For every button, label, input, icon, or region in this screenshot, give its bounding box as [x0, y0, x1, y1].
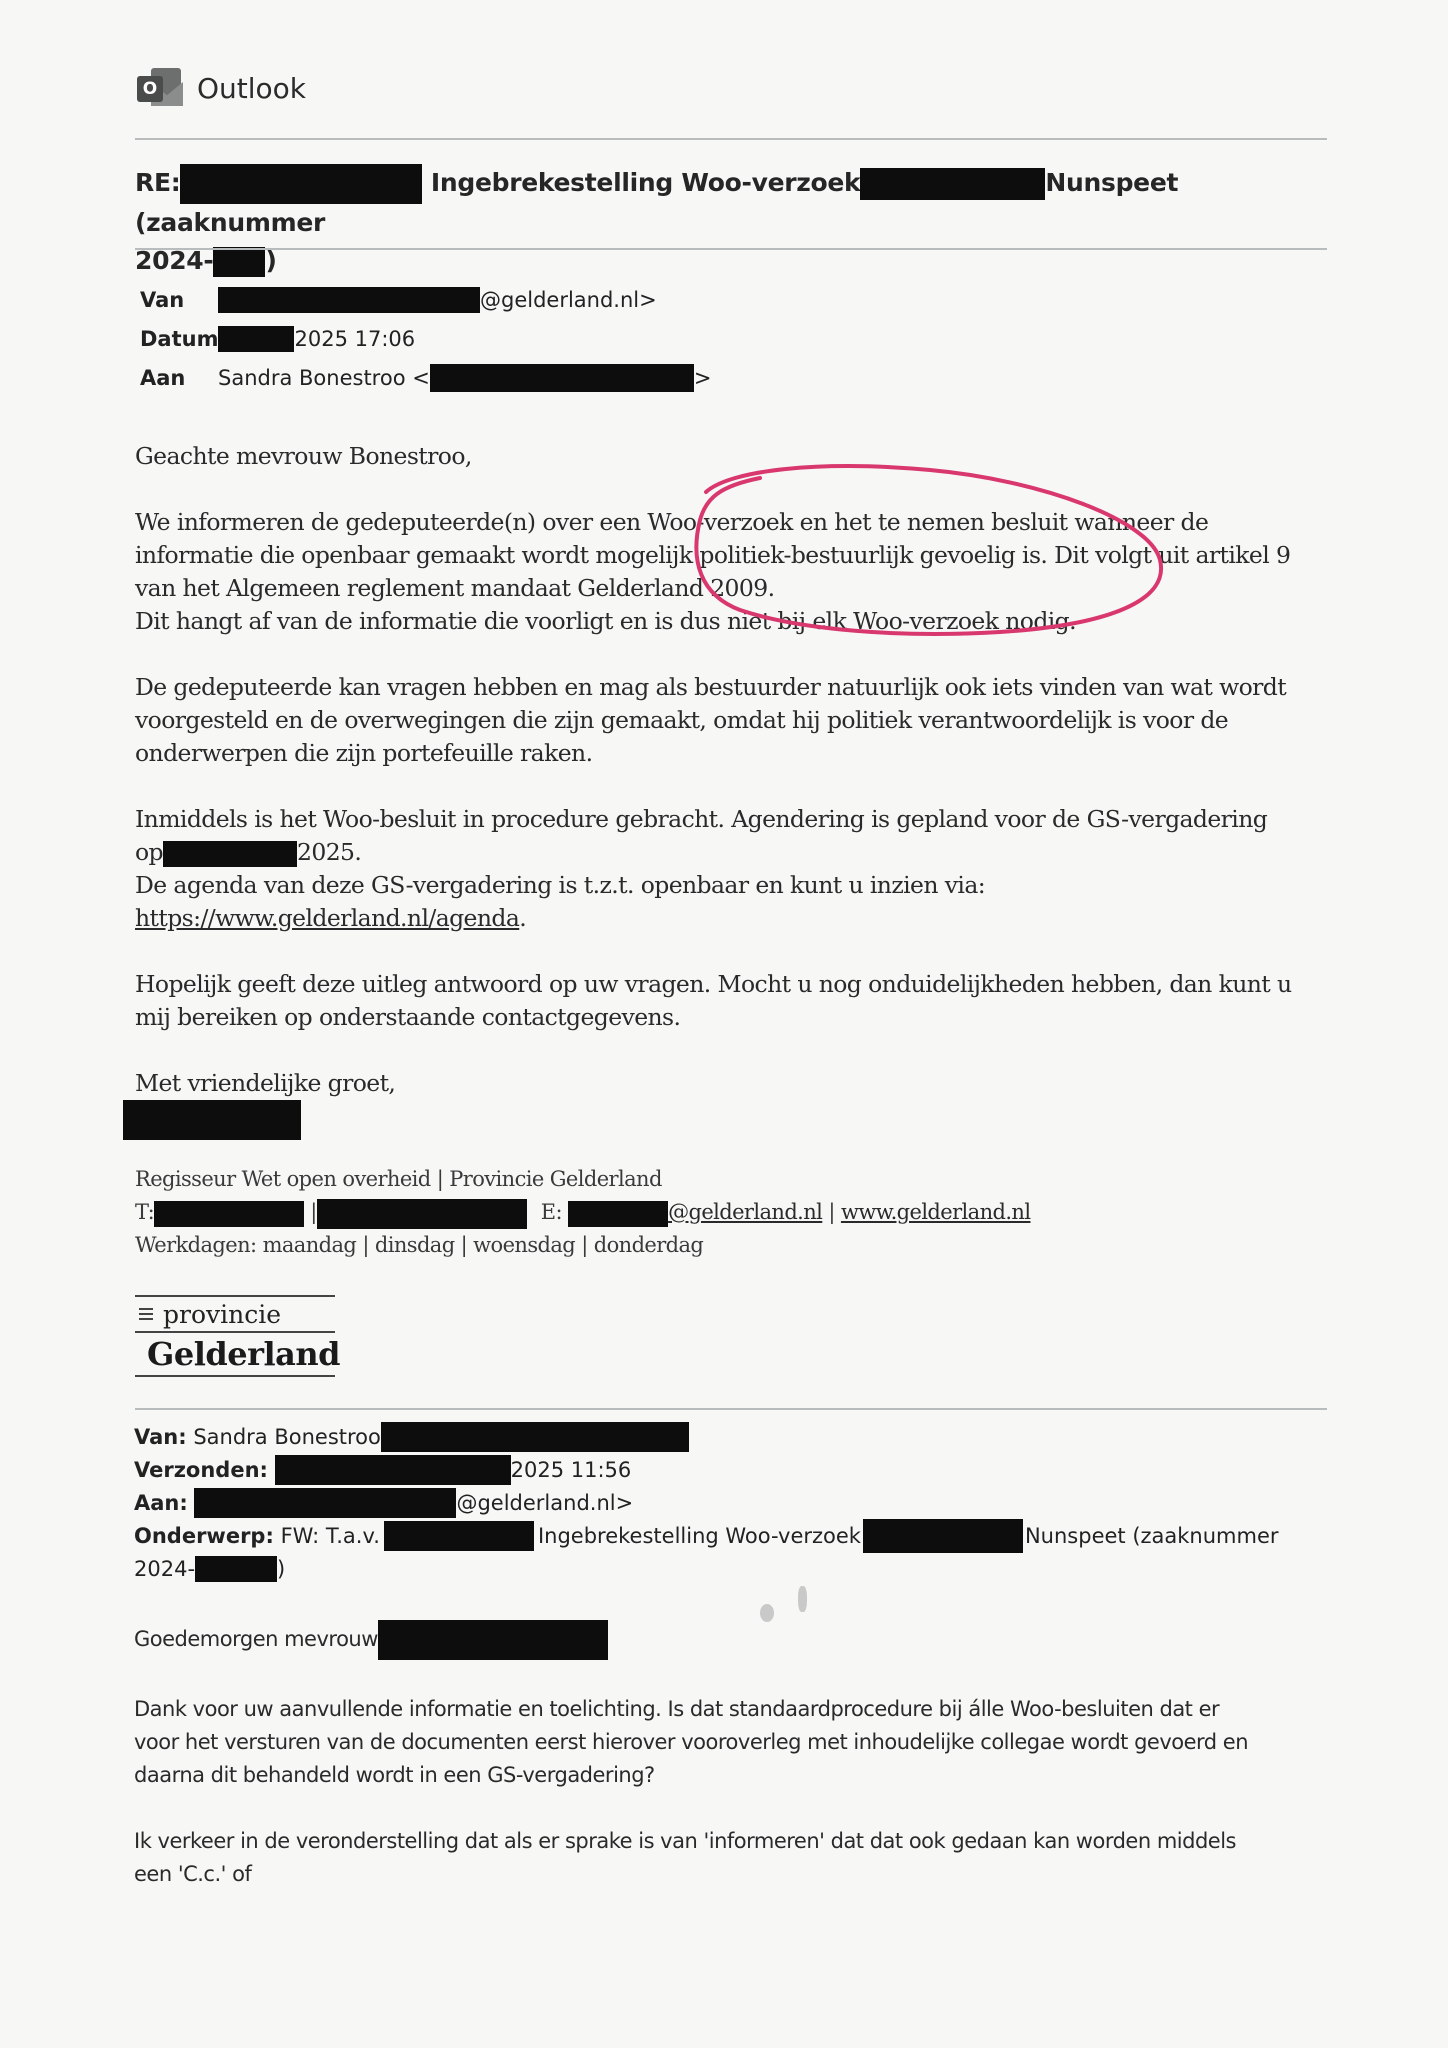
- paragraph: Hopelijk geeft deze uitleg antwoord op u…: [135, 968, 1335, 1001]
- greeting: Geachte mevrouw Bonestroo,: [135, 440, 1335, 473]
- from-row: Van @gelderland.nl>: [140, 280, 711, 319]
- redaction: [568, 1201, 668, 1227]
- reply-body: Geachte mevrouw Bonestroo, We informeren…: [135, 440, 1335, 1140]
- signature-role: Regisseur Wet open overheid | Provincie …: [135, 1163, 1030, 1196]
- redaction: [378, 1620, 608, 1660]
- redaction: [123, 1100, 301, 1140]
- redaction: [195, 1556, 277, 1582]
- redaction: [381, 1422, 689, 1452]
- menu-lines-icon: [139, 1305, 153, 1323]
- redaction: [163, 841, 297, 867]
- redaction: [154, 1201, 304, 1227]
- email-meta: Van @gelderland.nl> Datum 2025 17:06 Aan…: [140, 280, 711, 397]
- paragraph: Ik verkeer in de veronderstelling dat al…: [134, 1825, 1334, 1858]
- paragraph: De gedeputeerde kan vragen hebben en mag…: [135, 671, 1335, 704]
- redaction: [218, 326, 294, 352]
- paragraph: Dank voor uw aanvullende informatie en t…: [134, 1693, 1334, 1726]
- paragraph: We informeren de gedeputeerde(n) over ee…: [135, 506, 1335, 539]
- outlook-header: O Outlook: [137, 68, 306, 108]
- redaction: [194, 1488, 456, 1518]
- redaction: [275, 1455, 511, 1485]
- forwarded-body: Goedemorgen mevrouw Dank voor uw aanvull…: [134, 1620, 1334, 1891]
- email-link[interactable]: @gelderland.nl: [668, 1200, 822, 1224]
- redaction: [860, 168, 1045, 200]
- redaction: [430, 364, 694, 392]
- scan-stain: [798, 1586, 807, 1612]
- signature-workdays: Werkdagen: maandag | dinsdag | woensdag …: [135, 1229, 1030, 1262]
- to-row: Aan Sandra Bonestroo < >: [140, 358, 711, 397]
- app-title: Outlook: [197, 72, 306, 105]
- email-subject: RE: Ingebrekestelling Woo-verzoekNunspee…: [135, 164, 1325, 280]
- forwarded-header: Van: Sandra Bonestroo Verzonden: 2025 11…: [134, 1420, 1334, 1585]
- closing: Met vriendelijke groet,: [135, 1067, 1335, 1100]
- agenda-link[interactable]: https://www.gelderland.nl/agenda: [135, 904, 519, 932]
- scan-stain: [760, 1604, 774, 1622]
- date-value: 2025 17:06: [294, 327, 415, 351]
- paragraph: Inmiddels is het Woo-besluit in procedur…: [135, 803, 1335, 836]
- redaction: [317, 1199, 527, 1229]
- signature: Regisseur Wet open overheid | Provincie …: [135, 1163, 1030, 1262]
- greeting: Goedemorgen mevrouw: [134, 1627, 378, 1651]
- website-link[interactable]: www.gelderland.nl: [841, 1200, 1031, 1224]
- to-value: Sandra Bonestroo <: [218, 366, 430, 390]
- redaction: [384, 1521, 534, 1551]
- date-row: Datum 2025 17:06: [140, 319, 711, 358]
- divider: [135, 1408, 1327, 1410]
- from-value: @gelderland.nl>: [480, 288, 657, 312]
- divider: [135, 138, 1327, 140]
- divider: [135, 248, 1327, 250]
- signature-contact: T: | E: @gelderland.nl | www.gelderland.…: [135, 1196, 1030, 1229]
- scanned-email-page: O Outlook RE: Ingebrekestelling Woo-verz…: [0, 0, 1448, 2048]
- redaction: [180, 164, 422, 204]
- outlook-icon: O: [137, 68, 183, 108]
- redaction: [213, 247, 265, 277]
- provincie-gelderland-logo: provincie Gelderland: [135, 1295, 335, 1377]
- redaction: [863, 1519, 1023, 1553]
- redaction: [218, 287, 480, 313]
